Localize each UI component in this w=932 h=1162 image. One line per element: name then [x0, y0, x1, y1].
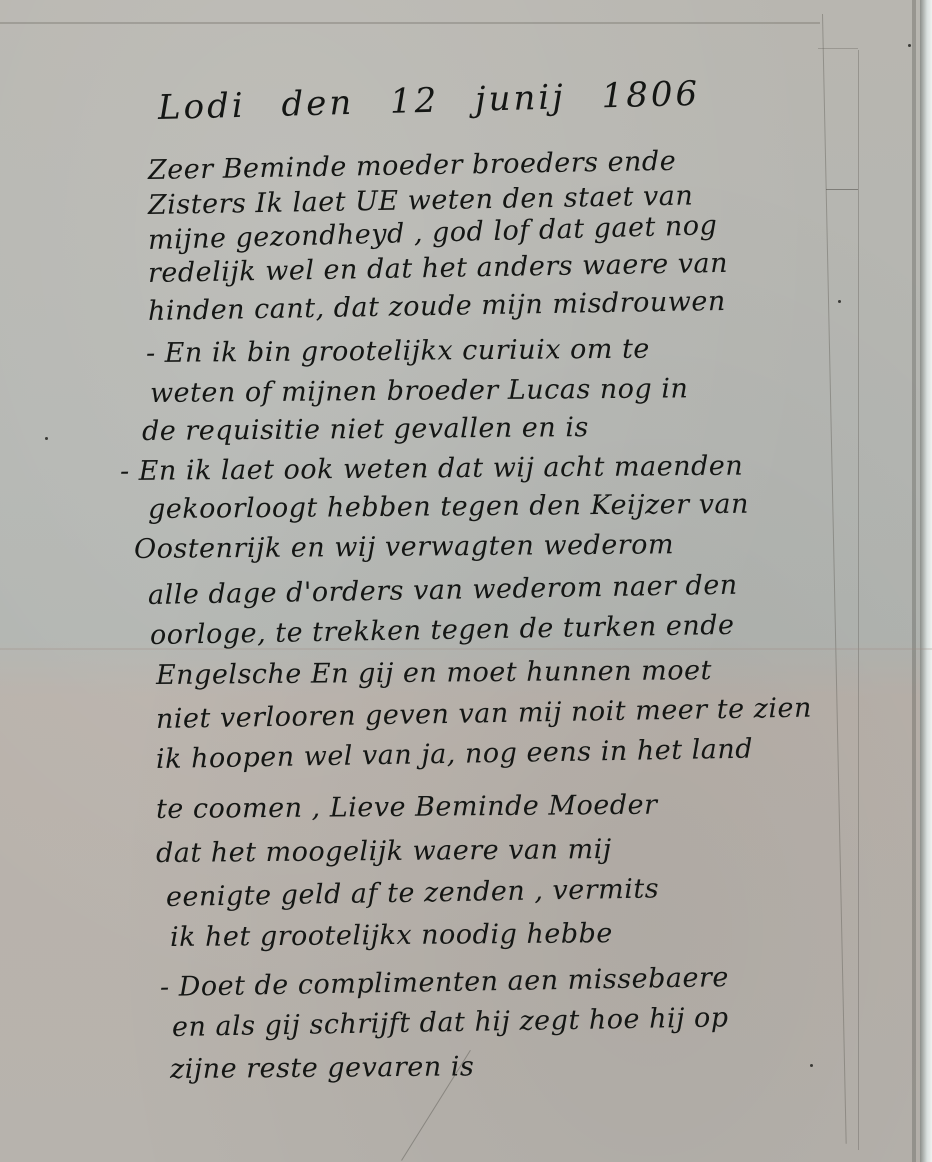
letter-line: ik hoopen wel van ja, nog eens in het la…	[156, 734, 754, 775]
letter-line: de requisitie niet gevallen en is	[142, 412, 589, 447]
letter-line: ik het grootelijkx noodig hebbe	[170, 918, 613, 953]
letter-line: niet verlooren geven van mij noit meer t…	[156, 693, 812, 735]
letter-line: - En ik bin grootelijkx curiuix om te	[146, 334, 650, 369]
letter-line: Oostenrijk en wij verwagten wederom	[134, 529, 674, 565]
letter-line: gekoorloogt hebben tegen den Keijzer van	[148, 489, 749, 525]
letter-line: Engelsche En gij en moet hunnen moet	[156, 655, 712, 691]
letter-line: - Doet de complimenten aen missebaere	[160, 962, 729, 1003]
letter-line: alle dage d'orders van wederom naer den	[148, 570, 738, 611]
letter-date-line: Lodi den 12 junij 1806	[157, 74, 700, 128]
letter-line: redelijk wel en dat het anders waere van	[148, 248, 729, 289]
handwritten-letter: Lodi den 12 junij 1806 Zeer Beminde moed…	[0, 0, 932, 1162]
letter-line: eenigte geld af te zenden , vermits	[166, 873, 660, 913]
letter-line: te coomen , Lieve Beminde Moeder	[156, 790, 658, 825]
letter-line: oorloge, te trekken tegen de turken ende	[150, 610, 735, 651]
letter-line: en als gij schrijft dat hij zegt hoe hij…	[172, 1002, 729, 1043]
letter-line: - En ik laet ook weten dat wij acht maen…	[120, 451, 743, 487]
letter-line: weten of mijnen broeder Lucas nog in	[150, 373, 689, 409]
letter-line: Zeer Beminde moeder broeders ende	[148, 146, 677, 186]
letter-line: hinden cant, dat zoude mijn misdrouwen	[148, 286, 726, 327]
letter-line: dat het moogelijk waere van mij	[156, 834, 612, 869]
letter-line: zijne reste gevaren is	[170, 1051, 475, 1085]
